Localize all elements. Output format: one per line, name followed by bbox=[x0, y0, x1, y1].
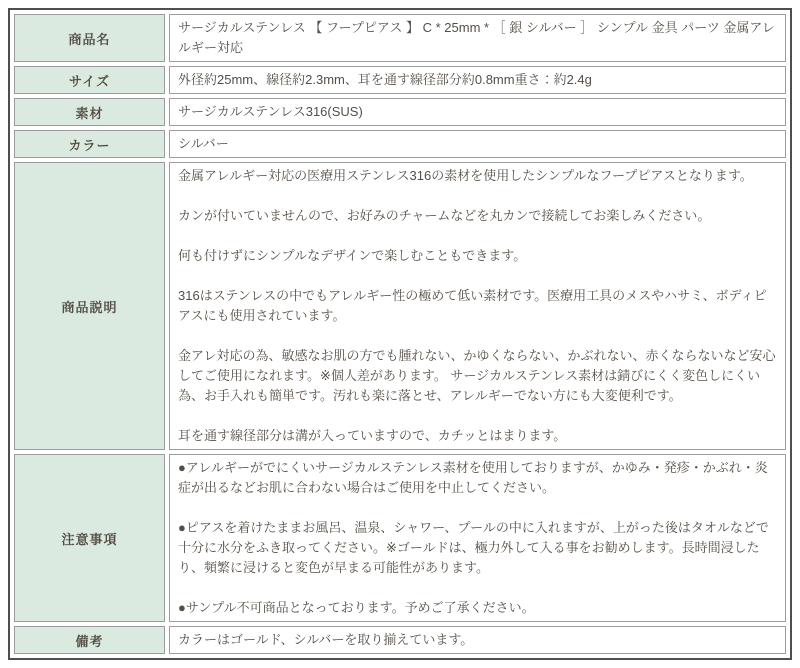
paragraph: カンが付いていませんので、お好みのチャームなどを丸カンで接続してお楽しみください… bbox=[178, 206, 777, 226]
row-label: 備考 bbox=[14, 626, 165, 654]
table-row: 商品説明金属アレルギー対応の医療用ステンレス316の素材を使用したシンプルなフー… bbox=[14, 162, 786, 450]
row-value: 金属アレルギー対応の医療用ステンレス316の素材を使用したシンプルなフープピアス… bbox=[169, 162, 786, 450]
table-row: サイズ外径約25mm、線径約2.3mm、耳を通す線径部分約0.8mm重さ：約2.… bbox=[14, 66, 786, 94]
paragraph: ●ピアスを着けたままお風呂、温泉、シャワー、プールの中に入れますが、上がった後は… bbox=[178, 518, 777, 578]
paragraph: 金アレ対応の為、敏感なお肌の方でも腫れない、かゆくならない、かぶれない、赤くなら… bbox=[178, 346, 777, 406]
table-row: 注意事項●アレルギーがでにくいサージカルステンレス素材を使用しておりますが、かゆ… bbox=[14, 454, 786, 622]
paragraph: 316はステンレスの中でもアレルギー性の極めて低い素材です。医療用工具のメスやハ… bbox=[178, 286, 777, 326]
table-row: 備考カラーはゴールド、シルバーを取り揃えています。 bbox=[14, 626, 786, 654]
row-value: ●アレルギーがでにくいサージカルステンレス素材を使用しておりますが、かゆみ・発疹… bbox=[169, 454, 786, 622]
row-value: 外径約25mm、線径約2.3mm、耳を通す線径部分約0.8mm重さ：約2.4g bbox=[169, 66, 786, 94]
paragraph: 何も付けずにシンプルなデザインで楽しむこともできます。 bbox=[178, 246, 777, 266]
row-label: 注意事項 bbox=[14, 454, 165, 622]
paragraph: サージカルステンレス316(SUS) bbox=[178, 102, 777, 122]
row-value: サージカルステンレス 【 フープピアス 】 C * 25mm * ［ 銀 シルバ… bbox=[169, 14, 786, 62]
row-value: サージカルステンレス316(SUS) bbox=[169, 98, 786, 126]
paragraph: 耳を通す線径部分は溝が入っていますので、カチッとはまります。 bbox=[178, 426, 777, 446]
row-label: 商品名 bbox=[14, 14, 165, 62]
row-label: 商品説明 bbox=[14, 162, 165, 450]
paragraph: ●アレルギーがでにくいサージカルステンレス素材を使用しておりますが、かゆみ・発疹… bbox=[178, 458, 777, 498]
paragraph: 金属アレルギー対応の医療用ステンレス316の素材を使用したシンプルなフープピアス… bbox=[178, 166, 777, 186]
product-spec-page: 商品名サージカルステンレス 【 フープピアス 】 C * 25mm * ［ 銀 … bbox=[0, 0, 800, 668]
table-row: カラーシルバー bbox=[14, 130, 786, 158]
paragraph: シルバー bbox=[178, 134, 777, 154]
row-label: カラー bbox=[14, 130, 165, 158]
row-label: サイズ bbox=[14, 66, 165, 94]
paragraph: ●サンプル不可商品となっております。予めご了承ください。 bbox=[178, 598, 777, 618]
row-label: 素材 bbox=[14, 98, 165, 126]
table-row: 商品名サージカルステンレス 【 フープピアス 】 C * 25mm * ［ 銀 … bbox=[14, 14, 786, 62]
paragraph: サージカルステンレス 【 フープピアス 】 C * 25mm * ［ 銀 シルバ… bbox=[178, 18, 777, 58]
spec-table-body: 商品名サージカルステンレス 【 フープピアス 】 C * 25mm * ［ 銀 … bbox=[14, 14, 786, 654]
paragraph: 外径約25mm、線径約2.3mm、耳を通す線径部分約0.8mm重さ：約2.4g bbox=[178, 70, 777, 90]
product-spec-table: 商品名サージカルステンレス 【 フープピアス 】 C * 25mm * ［ 銀 … bbox=[8, 8, 792, 660]
table-row: 素材サージカルステンレス316(SUS) bbox=[14, 98, 786, 126]
row-value: シルバー bbox=[169, 130, 786, 158]
paragraph: カラーはゴールド、シルバーを取り揃えています。 bbox=[178, 630, 777, 650]
row-value: カラーはゴールド、シルバーを取り揃えています。 bbox=[169, 626, 786, 654]
